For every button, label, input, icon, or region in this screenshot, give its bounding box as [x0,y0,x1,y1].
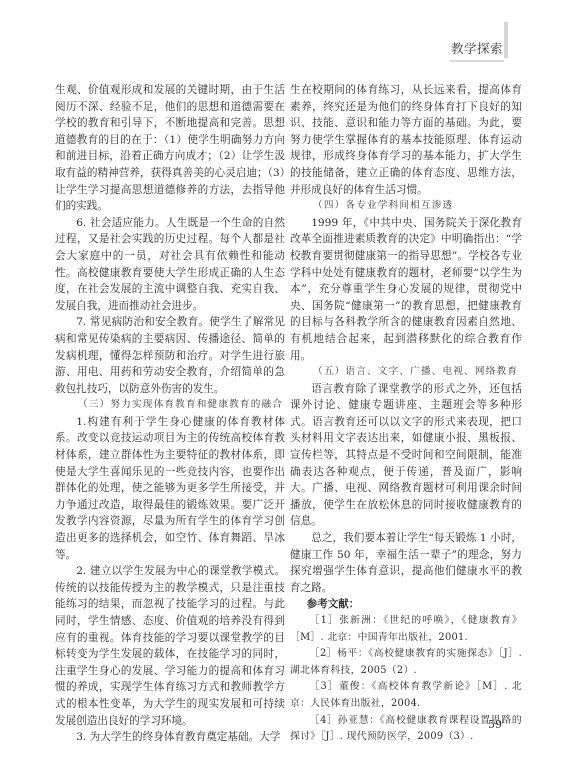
header-decoration-bar [504,22,508,58]
body-paragraph: 生观、价值观形成和发展的关键时期，由于生活阅历不深、经验不足，他们的思想和道德需… [55,82,285,215]
section-subheading: （三）努力实现体育教育和健康教育的融合 [55,397,285,414]
body-paragraph: 1.构建有利于学生身心健康的体育教材体系。改变以竞技运动项目为主的传统高校体育教… [55,414,285,563]
section-label: 教学探索 [450,40,504,62]
reference-item: ［2］杨平：《高校健康教育的实施探态》［J］. 湖北体育科技，2005（2）. [290,646,522,679]
body-paragraph: 总之，我们要本着让学生“每天锻炼 1 小时，健康工作 50 年，幸福生活一辈子”… [290,530,522,596]
right-column: 生在校期间的体育练习，从长远来看，提高体育素养，终究还是为他们的终身体育打下良好… [290,82,522,746]
body-paragraph: 1999 年，《中共中央、国务院关于深化教育改革全面推进素质教育的决定》中明确指… [290,215,522,364]
section-header-tab: 教学探索 [450,20,508,60]
body-paragraph: 7. 常见病防治和安全教育。使学生了解常见病和常见传染病的主要病因、传播途径、简… [55,314,285,397]
body-paragraph: 3. 为大学生的终身体育教育奠定基础。大学 [55,729,285,746]
body-paragraph: 6. 社会适应能力。人生既是一个生命的自然过程，又是社会实践的历史过程。每个人都… [55,215,285,315]
references-title: 参考文献： [290,596,522,613]
reference-item: ［1］张新洲：《世纪的呼唤》，《健康教育》［M］. 北京：中国青年出版社，200… [290,613,522,646]
left-column: 生观、价值观形成和发展的关键时期，由于生活阅历不深、经验不足，他们的思想和道德需… [55,82,285,746]
body-paragraph: 2. 建立以学生发展为中心的课堂教学模式。传统的以技能传授为主的教学模式，只是注… [55,563,285,729]
page-number: 59 [488,718,502,731]
section-subheading: （五）语言、文字、广播、电视、网络教育 [290,364,522,381]
reference-item: ［3］董俊：《高校体育教学新论》［M］. 北京：人民体育出版社，2004. [290,679,522,712]
body-paragraph: 生在校期间的体育练习，从长远来看，提高体育素养，终究还是为他们的终身体育打下良好… [290,82,522,198]
body-paragraph: 语言教育除了课堂教学的形式之外，还包括课外讨论、健康专题讲座、主题班会等多种形式… [290,381,522,530]
section-subheading: （四）各专业学科间相互渗透 [290,198,522,215]
